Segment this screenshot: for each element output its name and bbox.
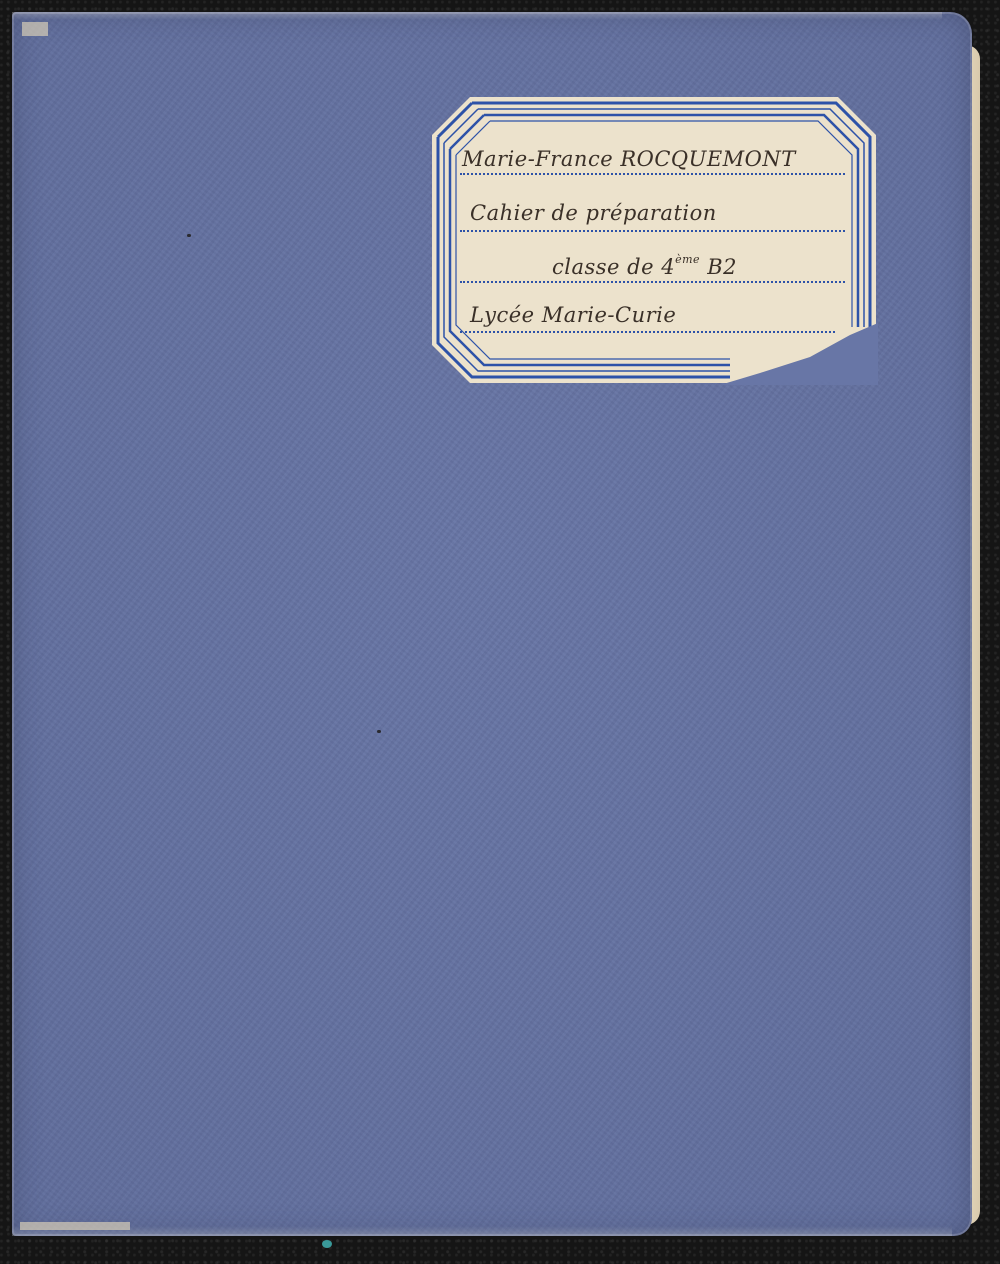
speck <box>377 730 381 733</box>
label-rule-1 <box>460 173 845 175</box>
speck <box>187 234 191 237</box>
cover-top-edge <box>12 12 942 20</box>
notebook-title: Cahier de préparation <box>470 201 717 225</box>
owner-name: Marie-France ROCQUEMONT <box>462 147 796 171</box>
class-name: classe de 4ème B2 <box>552 253 737 279</box>
label-frame <box>430 95 878 385</box>
school-name: Lycée Marie-Curie <box>470 303 676 327</box>
cover-bottom-edge <box>12 1226 952 1236</box>
class-prefix: classe de 4 <box>552 255 675 279</box>
ink-stain <box>322 1240 332 1248</box>
label-rule-2 <box>460 230 845 232</box>
class-superscript: ème <box>675 253 700 266</box>
worn-corner-top-left <box>22 22 48 36</box>
label-rule-4 <box>460 331 835 333</box>
class-suffix: B2 <box>700 255 737 279</box>
label-rule-3 <box>460 281 845 283</box>
name-label: Marie-France ROCQUEMONT Cahier de prépar… <box>430 95 878 385</box>
worn-corner-bottom-left <box>20 1222 130 1230</box>
